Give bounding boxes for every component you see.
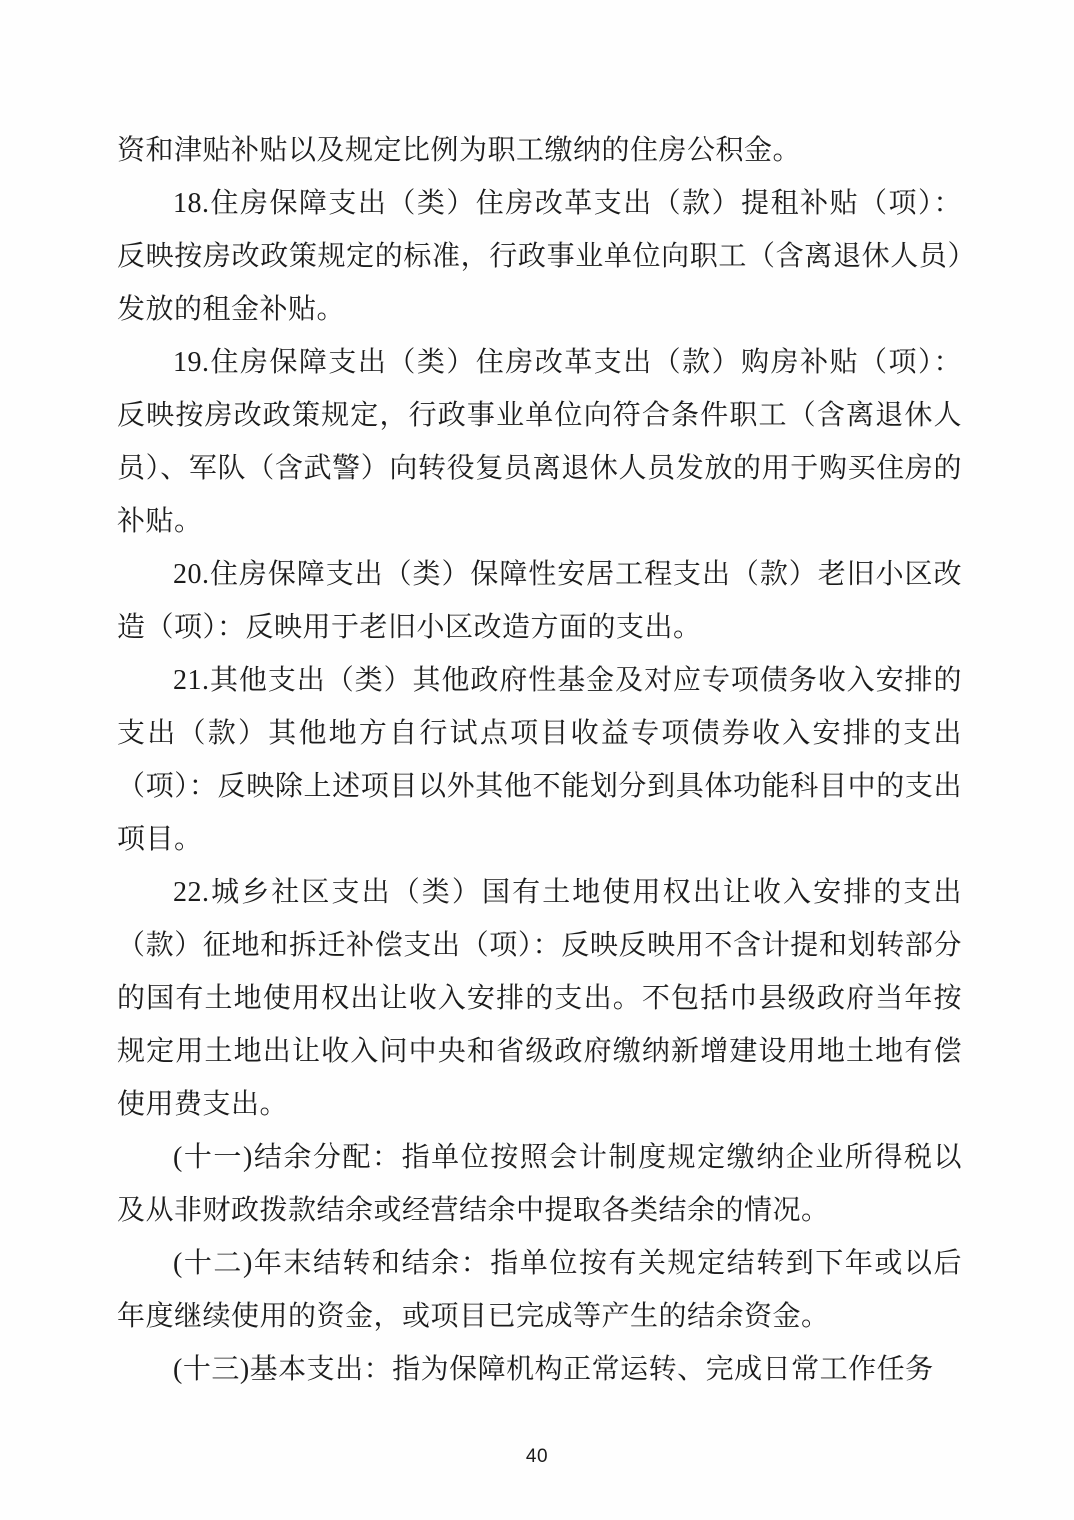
paragraph-item-21: 21.其他支出（类）其他政府性基金及对应专项债务收入安排的支出（款）其他地方自行… bbox=[117, 654, 962, 866]
paragraph-def-11: (十一)结余分配：指单位按照会计制度规定缴纳企业所得税以及从非财政拨款结余或经营… bbox=[117, 1131, 962, 1237]
page-number: 40 bbox=[526, 1446, 548, 1467]
text-block: 资和津贴补贴以及规定比例为职工缴纳的住房公积金。 18.住房保障支出（类）住房改… bbox=[117, 124, 962, 1396]
paragraph-item-22: 22.城乡社区支出（类）国有土地使用权出让收入安排的支出（款）征地和拆迁补偿支出… bbox=[117, 866, 962, 1131]
document-page: 资和津贴补贴以及规定比例为职工缴纳的住房公积金。 18.住房保障支出（类）住房改… bbox=[0, 0, 1074, 1520]
paragraph-def-13: (十三)基本支出：指为保障机构正常运转、完成日常工作任务 bbox=[117, 1343, 962, 1396]
paragraph-def-12: (十二)年末结转和结余：指单位按有关规定结转到下年或以后年度继续使用的资金，或项… bbox=[117, 1237, 962, 1343]
paragraph-item-19: 19.住房保障支出（类）住房改革支出（款）购房补贴（项）：反映按房改政策规定，行… bbox=[117, 336, 962, 548]
paragraph-item-20: 20.住房保障支出（类）保障性安居工程支出（款）老旧小区改造（项）：反映用于老旧… bbox=[117, 548, 962, 654]
page-footer: 40 bbox=[0, 1446, 1074, 1468]
paragraph-continuation: 资和津贴补贴以及规定比例为职工缴纳的住房公积金。 bbox=[117, 124, 962, 177]
paragraph-item-18: 18.住房保障支出（类）住房改革支出（款）提租补贴（项）：反映按房改政策规定的标… bbox=[117, 177, 962, 336]
